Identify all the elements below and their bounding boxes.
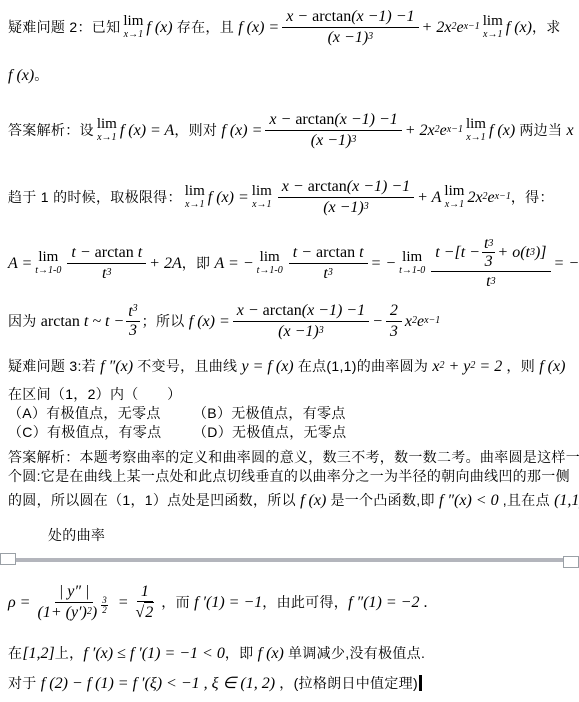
- math-run: (1+ (y′): [37, 603, 86, 622]
- problem3-analysis-line3: 的圆，所以圆在（1，1）点处是凹函数，所以 f (x) 是一个凸函数,即 f ″…: [8, 488, 575, 512]
- math-run: [1,2]: [22, 644, 54, 663]
- math-run: −: [372, 312, 383, 331]
- arctan-word: arctan: [295, 110, 334, 129]
- text-run: 单调减少,没有极值点.: [284, 644, 425, 663]
- math-run: f (x): [146, 18, 172, 37]
- arctan-word: arctan: [263, 301, 302, 320]
- math-run: y = f (x): [242, 357, 294, 376]
- lim-word: lim: [444, 184, 464, 199]
- math-run: 3: [386, 322, 402, 341]
- math-run: A = −: [215, 254, 254, 273]
- math-run: x −: [286, 7, 312, 26]
- math-run: t −[t −: [435, 243, 480, 262]
- math-run: + o(t: [497, 243, 530, 262]
- exponent: 3: [328, 268, 333, 278]
- monotonic-line: 在 [1,2] 上， f ′(x) ≤ f ′(1) = −1 < 0 ，即 f…: [8, 642, 575, 664]
- math-run: x −: [282, 177, 308, 196]
- math-run: f (x) =: [238, 18, 279, 37]
- lim-subscript: t→1-0: [35, 266, 61, 276]
- problem2-statement: 疑难问题 2：已知 limx→1 f (x) 存在，且 f (x) = x − …: [8, 4, 575, 50]
- math-run: (x −1) −1: [334, 110, 397, 129]
- problem2-analysis-line3: A = limt→1-0 t − arctan t t3 + 2A ，即 A =…: [8, 232, 575, 294]
- document-body[interactable]: 疑难问题 2：已知 limx→1 f (x) 存在，且 f (x) = x − …: [0, 0, 579, 694]
- exponent: 3: [491, 277, 496, 287]
- fraction-main: x − arctan(x −1) −1 (x −1)3: [278, 177, 414, 216]
- text-run: 在区间（1，2）内（ ）: [8, 385, 181, 404]
- text-run: 疑难问题 3:若: [8, 357, 100, 376]
- text-run: ，即: [225, 644, 258, 663]
- problem2-analysis-line2: 趋于 1 的时候，取极限得： limx→1 f (x) = limx→1 x −…: [8, 176, 575, 218]
- text-run: ，得：: [511, 188, 554, 207]
- math-run: t −: [293, 243, 316, 262]
- math-run: A =: [8, 254, 32, 273]
- text-run: ，求: [532, 18, 561, 37]
- text-run: 两边当: [515, 121, 566, 140]
- lim-word: lim: [402, 250, 422, 265]
- fraction-inv-sqrt2: 1 √2: [132, 582, 159, 622]
- math-run: ρ =: [8, 593, 30, 612]
- problem2-analysis-line4: 因为 arctan t ~ t − t33 ；所以 f (x) = x − ar…: [8, 298, 575, 344]
- math-run: t: [134, 243, 142, 262]
- text-run: 的圆，所以圆在（1，1）点处是凹函数，所以: [8, 491, 300, 510]
- lim-subscript: x→1: [483, 30, 502, 40]
- lim-word: lim: [260, 250, 280, 265]
- problem2-statement-cont: f (x) 。: [8, 64, 575, 86]
- mvt-line: 对于 f (2) − f (1) = f ′(ξ) < −1 , ξ ∈ (1,…: [8, 672, 575, 694]
- exponent: x−1: [495, 192, 511, 202]
- math-run: (x −1): [328, 28, 369, 47]
- problem2-analysis-line1: 答案解析：设 limx→1 f (x) = A ，则对 f (x) = x − …: [8, 106, 575, 154]
- text-run: 。: [34, 66, 48, 85]
- text-run: ；所以: [142, 312, 189, 331]
- math-run: (x −1): [311, 131, 352, 150]
- lim-word: lim: [185, 184, 205, 199]
- small-fraction: t33: [482, 235, 495, 271]
- radical-sign: √: [136, 603, 145, 622]
- frame-border[interactable]: [0, 553, 579, 566]
- text-run: 在点(1,1)的曲率圆为: [294, 357, 433, 376]
- math-run: f ′(x) ≤ f ′(1) = −1 < 0: [83, 644, 224, 663]
- math-run: f (x) =: [189, 312, 230, 331]
- math-run: 3: [483, 253, 495, 271]
- limit-block: limx→1: [252, 184, 272, 210]
- problem3-analysis-line2: 个圆:它是在曲线上某一点处和此点切线垂直的以曲率分之一为半径的朝向曲线凹的那一侧: [8, 467, 575, 486]
- option-b: （B）无极值点，有零点: [193, 404, 346, 423]
- text-run: ，而: [161, 593, 194, 612]
- math-run: f (x): [539, 357, 565, 376]
- lim-word: lim: [123, 14, 143, 29]
- lim-subscript: x→1: [97, 133, 116, 143]
- math-run: = 2: [475, 357, 502, 376]
- math-run: =: [118, 593, 129, 612]
- text-run: 答案解析：设: [8, 121, 94, 140]
- math-run: (x −1): [278, 322, 319, 341]
- small-fraction: t33: [126, 303, 139, 339]
- text-run: ，(拉格朗日中值定理): [275, 674, 418, 693]
- problem3-statement: 疑难问题 3:若 f ″(x) 不变号，且曲线 y = f (x) 在点(1,1…: [8, 354, 575, 378]
- math-run: + y: [445, 357, 471, 376]
- exponent: 3: [107, 268, 112, 278]
- math-run: x −: [269, 110, 295, 129]
- lim-subscript: x→1: [124, 30, 143, 40]
- text-run: 在: [8, 644, 22, 663]
- limit-block: limx→1: [97, 117, 117, 143]
- text-run: ，即: [182, 254, 215, 273]
- math-run: = −: [554, 254, 579, 273]
- option-a: （A）有极值点，无零点: [8, 404, 193, 423]
- limit-block: limx→1: [466, 117, 486, 143]
- exponent: 3: [488, 239, 493, 249]
- math-run: f (x): [300, 491, 326, 510]
- text-run: ，由此可得，: [262, 593, 348, 612]
- option-c: （C）有极值点，有零点: [8, 423, 193, 442]
- problem3-analysis-line1: 答案解析：本题考察曲率的定义和曲率圆的意义，数三不考，数一数二考。曲率圆是这样一: [8, 448, 575, 467]
- math-run: f (x): [489, 121, 515, 140]
- text-cursor: [419, 675, 422, 691]
- text-run: ,且在点: [499, 491, 554, 510]
- math-run: f (x): [506, 18, 532, 37]
- lim-subscript: t→1-0: [399, 266, 425, 276]
- math-run: )]: [535, 243, 547, 262]
- lim-word: lim: [483, 14, 503, 29]
- fraction-main: x − arctan(x −1) −1 (x −1)3: [233, 301, 369, 340]
- fraction-taylor: t −[t −t33+ o(t3)] t3: [431, 235, 550, 291]
- lim-subscript: x→1: [445, 200, 464, 210]
- text-run: 存在，且: [173, 18, 239, 37]
- math-run: = −: [371, 254, 397, 273]
- math-run: x: [405, 312, 412, 331]
- lim-word: lim: [97, 117, 117, 132]
- math-run: f ″(x): [100, 357, 133, 376]
- exponent: 3: [368, 32, 373, 42]
- limit-block: limt→1-0: [399, 250, 425, 276]
- text-run: 个圆:它是在曲线上某一点处和此点切线垂直的以曲率分之一为半径的朝向曲线凹的那一侧: [8, 467, 570, 486]
- math-run: t: [355, 243, 363, 262]
- exponent: 3: [351, 135, 356, 145]
- math-run: f (x) = A: [120, 121, 174, 140]
- lim-word: lim: [38, 250, 58, 265]
- arctan-word: arctan: [41, 312, 80, 331]
- lim-subscript: x→1: [466, 133, 485, 143]
- arctan-word: arctan: [312, 7, 351, 26]
- limit-block: limx→1: [444, 184, 464, 210]
- exponent: x−1: [447, 125, 463, 135]
- fraction-t: t − arctan t t3: [289, 243, 368, 282]
- math-run: x −: [237, 301, 263, 320]
- options-row-cd: （C）有极值点，有零点 （D）无极值点，无零点: [8, 423, 575, 442]
- exponent-fraction: 32: [98, 596, 111, 615]
- lim-subscript: x→1: [252, 200, 271, 210]
- math-run: 1: [137, 582, 153, 602]
- exponent: 3: [364, 202, 369, 212]
- text-run: 因为: [8, 312, 41, 331]
- math-run: 2: [98, 606, 111, 615]
- math-run: ): [92, 603, 97, 622]
- math-run: x: [566, 121, 573, 140]
- limit-block: limx→1: [483, 14, 503, 40]
- math-run: 3: [127, 322, 139, 340]
- exponent: 3: [133, 303, 138, 314]
- math-run: | y″ |: [55, 582, 94, 602]
- exponent: 3: [319, 326, 324, 336]
- frame-handle-left[interactable]: [0, 553, 16, 565]
- math-run: (x −1): [323, 198, 364, 217]
- math-run: f (x) =: [208, 188, 249, 207]
- math-run: (x −1) −1: [351, 7, 414, 26]
- text-run: 对于: [8, 674, 41, 693]
- frame-handle-right[interactable]: [563, 556, 579, 568]
- math-run: + A: [417, 188, 441, 207]
- math-run: e: [456, 18, 463, 37]
- fraction-two-thirds: 2 3: [386, 301, 402, 340]
- text-run: 不变号，且曲线: [133, 357, 241, 376]
- exponent: x−1: [424, 316, 440, 326]
- limit-block: limt→1-0: [257, 250, 283, 276]
- math-run: f (2) − f (1) = f ′(ξ) < −1 , ξ ∈ (1, 2): [41, 674, 275, 693]
- text-run: 上，: [55, 644, 84, 663]
- lim-word: lim: [252, 184, 272, 199]
- math-run: f ″(1) = −2: [348, 593, 419, 612]
- text-run: 疑难问题 2：已知: [8, 18, 120, 37]
- math-run: f ′(1) = −1: [194, 593, 262, 612]
- math-run: f ″(x) < 0: [439, 491, 499, 510]
- limit-block: limx→1: [123, 14, 143, 40]
- math-run: + 2x: [422, 18, 452, 37]
- frame-border-bar[interactable]: [0, 558, 579, 562]
- option-d: （D）无极值点，无零点: [193, 423, 346, 442]
- text-run: 是一个凸函数,即: [326, 491, 439, 510]
- limit-block: limx→1: [185, 184, 205, 210]
- math-run: 2: [144, 602, 154, 622]
- math-run: 2: [386, 301, 402, 321]
- math-run: 2x: [467, 188, 482, 207]
- math-run: f (x) =: [221, 121, 262, 140]
- math-run: e: [488, 188, 495, 207]
- arctan-word: arctan: [95, 243, 134, 262]
- math-run: t ~ t −: [80, 312, 124, 331]
- math-run: f (x): [258, 644, 284, 663]
- options-row-ab: （A）有极值点，无零点 （B）无极值点，有零点: [8, 404, 575, 423]
- math-run: (x −1) −1: [347, 177, 410, 196]
- text-run: 答案解析：本题考察曲率的定义和曲率圆的意义，数三不考，数一数二考。曲率圆是这样一: [8, 448, 579, 467]
- limit-block: limt→1-0: [35, 250, 61, 276]
- text-run: 趋于 1 的时候，取极限得：: [8, 188, 182, 207]
- problem3-interval-line: 在区间（1，2）内（ ）: [8, 384, 575, 404]
- math-run: t −: [71, 243, 94, 262]
- text-run: 处的曲率: [48, 526, 105, 545]
- math-run: x: [432, 357, 439, 376]
- math-run: + 2A: [149, 254, 182, 273]
- math-run: (1,1): [554, 491, 579, 510]
- fraction-curvature: | y″ | (1+ (y′)2)32: [33, 582, 114, 621]
- lim-subscript: x→1: [185, 200, 204, 210]
- fraction-main: x − arctan(x −1) −1 (x −1)3: [282, 7, 418, 46]
- curvature-label: 处的曲率: [48, 526, 575, 545]
- math-run: e: [440, 121, 447, 140]
- math-run: (x −1) −1: [302, 301, 365, 320]
- lim-subscript: t→1-0: [257, 266, 283, 276]
- math-run: f (x): [8, 66, 34, 85]
- arctan-word: arctan: [308, 177, 347, 196]
- lim-word: lim: [466, 117, 486, 132]
- text-run: ，则: [502, 357, 539, 376]
- curvature-formula: ρ = | y″ | (1+ (y′)2)32 = 1 √2 ，而 f ′(1)…: [8, 574, 575, 630]
- text-run: ，则对: [174, 121, 221, 140]
- math-run: + 2x: [405, 121, 435, 140]
- fraction-main: x − arctan(x −1) −1 (x −1)3: [265, 110, 401, 149]
- arctan-word: arctan: [316, 243, 355, 262]
- math-run: .: [419, 593, 427, 612]
- fraction-t: t − arctan t t3: [67, 243, 146, 282]
- exponent: x−1: [464, 22, 480, 32]
